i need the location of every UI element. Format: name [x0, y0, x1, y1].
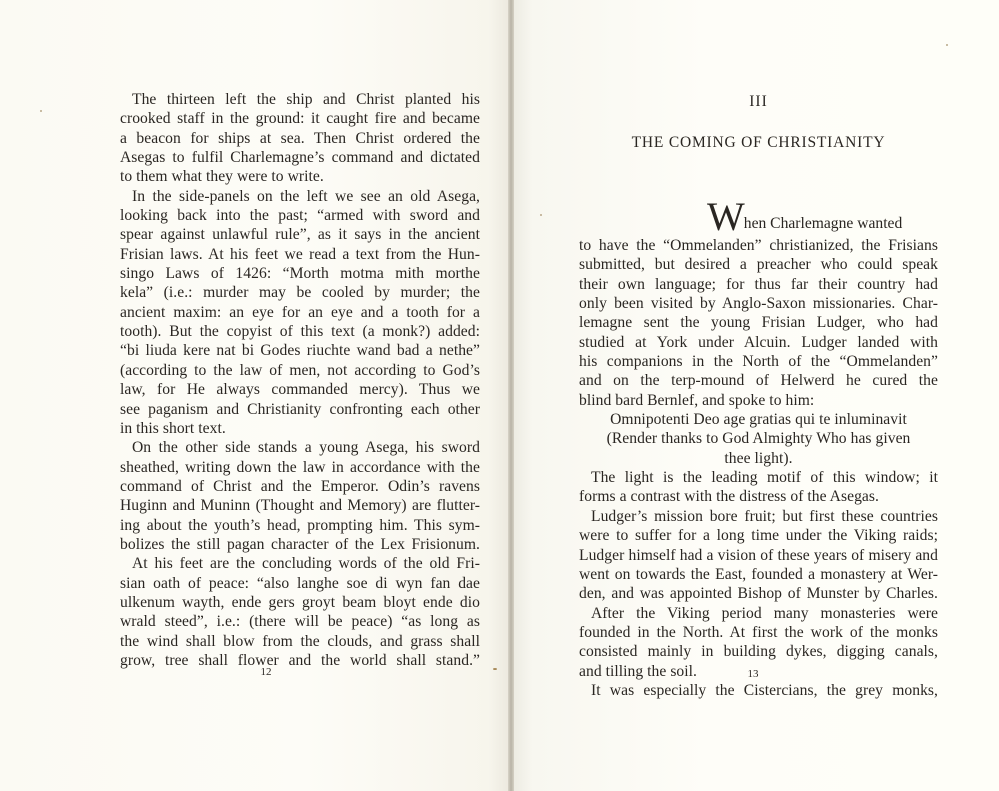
page-number-left: 12: [246, 666, 286, 678]
right-page-body: to have the “Ommelanden” christianized, …: [579, 236, 938, 700]
text-line: studied at York under Alcuin. Ludger lan…: [579, 333, 938, 352]
text-line: were to suffer for a long time under the…: [579, 526, 938, 545]
text-line: Ludger himself had a vision of these yea…: [579, 546, 938, 565]
text-line: to them what they were to write.: [120, 167, 480, 186]
text-line: and on the terp-mound of Helwerd he cure…: [579, 371, 938, 390]
text-line: a beacon for ships at sea. Then Christ o…: [120, 129, 480, 148]
drop-cap: W: [707, 194, 744, 239]
text-line: den, and was appointed Bishop of Munster…: [579, 584, 938, 603]
chapter-number: III: [579, 93, 938, 111]
text-line: ancient maxim: an eye for an eye and a t…: [120, 303, 480, 322]
text-line: law, for He always commanded mercy). Thu…: [120, 380, 480, 399]
text-line: The thirteen left the ship and Christ pl…: [120, 90, 480, 109]
text-line: wrald steed”, i.e.: (there will be peace…: [120, 612, 480, 631]
text-line: consisted mainly in building dykes, digg…: [579, 642, 938, 661]
text-line: “bi liuda kere nat bi Godes riuchte wand…: [120, 341, 480, 360]
chapter-opening-line: When Charlemagne wanted: [707, 202, 939, 233]
paper-speck: [946, 44, 948, 46]
paper-speck: [493, 668, 497, 670]
paper-speck: [540, 214, 542, 216]
text-line: blind bard Bernlef, and spoke to him:: [579, 391, 938, 410]
text-line: crooked staff in the ground: it caught f…: [120, 109, 480, 128]
book-spread: The thirteen left the ship and Christ pl…: [0, 0, 999, 791]
text-line: Ludger’s mission bore fruit; but first t…: [579, 507, 938, 526]
text-line: (according to the law of men, not accord…: [120, 361, 480, 380]
text-line: command of Christ and the Emperor. Odin’…: [120, 477, 480, 496]
opening-line-text: hen Charlemagne wanted: [744, 214, 902, 233]
left-page-body: The thirteen left the ship and Christ pl…: [120, 90, 480, 670]
text-line: Huginn and Muninn (Thought and Memory) a…: [120, 496, 480, 515]
text-line: submitted, but desired a preacher who co…: [579, 255, 938, 274]
text-line: ulkenum wayth, ende gers groyt beam bloy…: [120, 593, 480, 612]
text-line: see paganism and Christianity confrontin…: [120, 400, 480, 419]
book-gutter: [508, 0, 514, 791]
text-line: spear against unlawful rule”, as it says…: [120, 225, 480, 244]
chapter-title: THE COMING OF CHRISTIANITY: [579, 134, 938, 152]
text-line: founded in the North. At first the work …: [579, 623, 938, 642]
text-line: kela” (i.e.: murder may be cooled by mur…: [120, 283, 480, 302]
text-line: Asegas to fulfil Charlemagne’s command a…: [120, 148, 480, 167]
text-line: On the other side stands a young Asega, …: [120, 438, 480, 457]
text-line: sian oath of peace: “also langhe soe di …: [120, 574, 480, 593]
text-line: singo Laws of 1426: “Morth motma mith mo…: [120, 264, 480, 283]
text-line: tooth). But the copyist of this text (a …: [120, 322, 480, 341]
text-line: their own language; for thus far their c…: [579, 275, 938, 294]
page-number-right: 13: [733, 668, 773, 680]
quotation-line: (Render thanks to God Almighty Who has g…: [579, 429, 938, 448]
text-line: the wind shall blow from the clouds, and…: [120, 632, 480, 651]
quotation-line: thee light).: [579, 449, 938, 468]
text-line: The light is the leading motif of this w…: [579, 468, 938, 487]
text-line: In the side-panels on the left we see an…: [120, 187, 480, 206]
quotation-line: Omnipotenti Deo age gratias qui te inlum…: [579, 410, 938, 429]
text-line: ing about the youth’s head, prompting hi…: [120, 516, 480, 535]
text-line: grow, tree shall flower and the world sh…: [120, 651, 480, 670]
text-line: sheathed, writing down the law in accord…: [120, 458, 480, 477]
text-line: went on towards the East, founded a mona…: [579, 565, 938, 584]
text-line: bolizes the still pagan character of the…: [120, 535, 480, 554]
text-line: After the Viking period many monasteries…: [579, 604, 938, 623]
text-line: lemagne sent the young Frisian Ludger, w…: [579, 313, 938, 332]
text-line: Frisian laws. At his feet we read a text…: [120, 245, 480, 264]
text-line: At his feet are the concluding words of …: [120, 554, 480, 573]
text-line: looking back into the past; “armed with …: [120, 206, 480, 225]
text-line: his companions in the North of the “Omme…: [579, 352, 938, 371]
text-line: It was especially the Cistercians, the g…: [579, 681, 938, 700]
text-line: forms a contrast with the distress of th…: [579, 487, 938, 506]
paper-speck: [40, 110, 42, 112]
text-line: only been visited by Anglo-Saxon mission…: [579, 294, 938, 313]
text-line: to have the “Ommelanden” christianized, …: [579, 236, 938, 255]
text-line: in this short text.: [120, 419, 480, 438]
